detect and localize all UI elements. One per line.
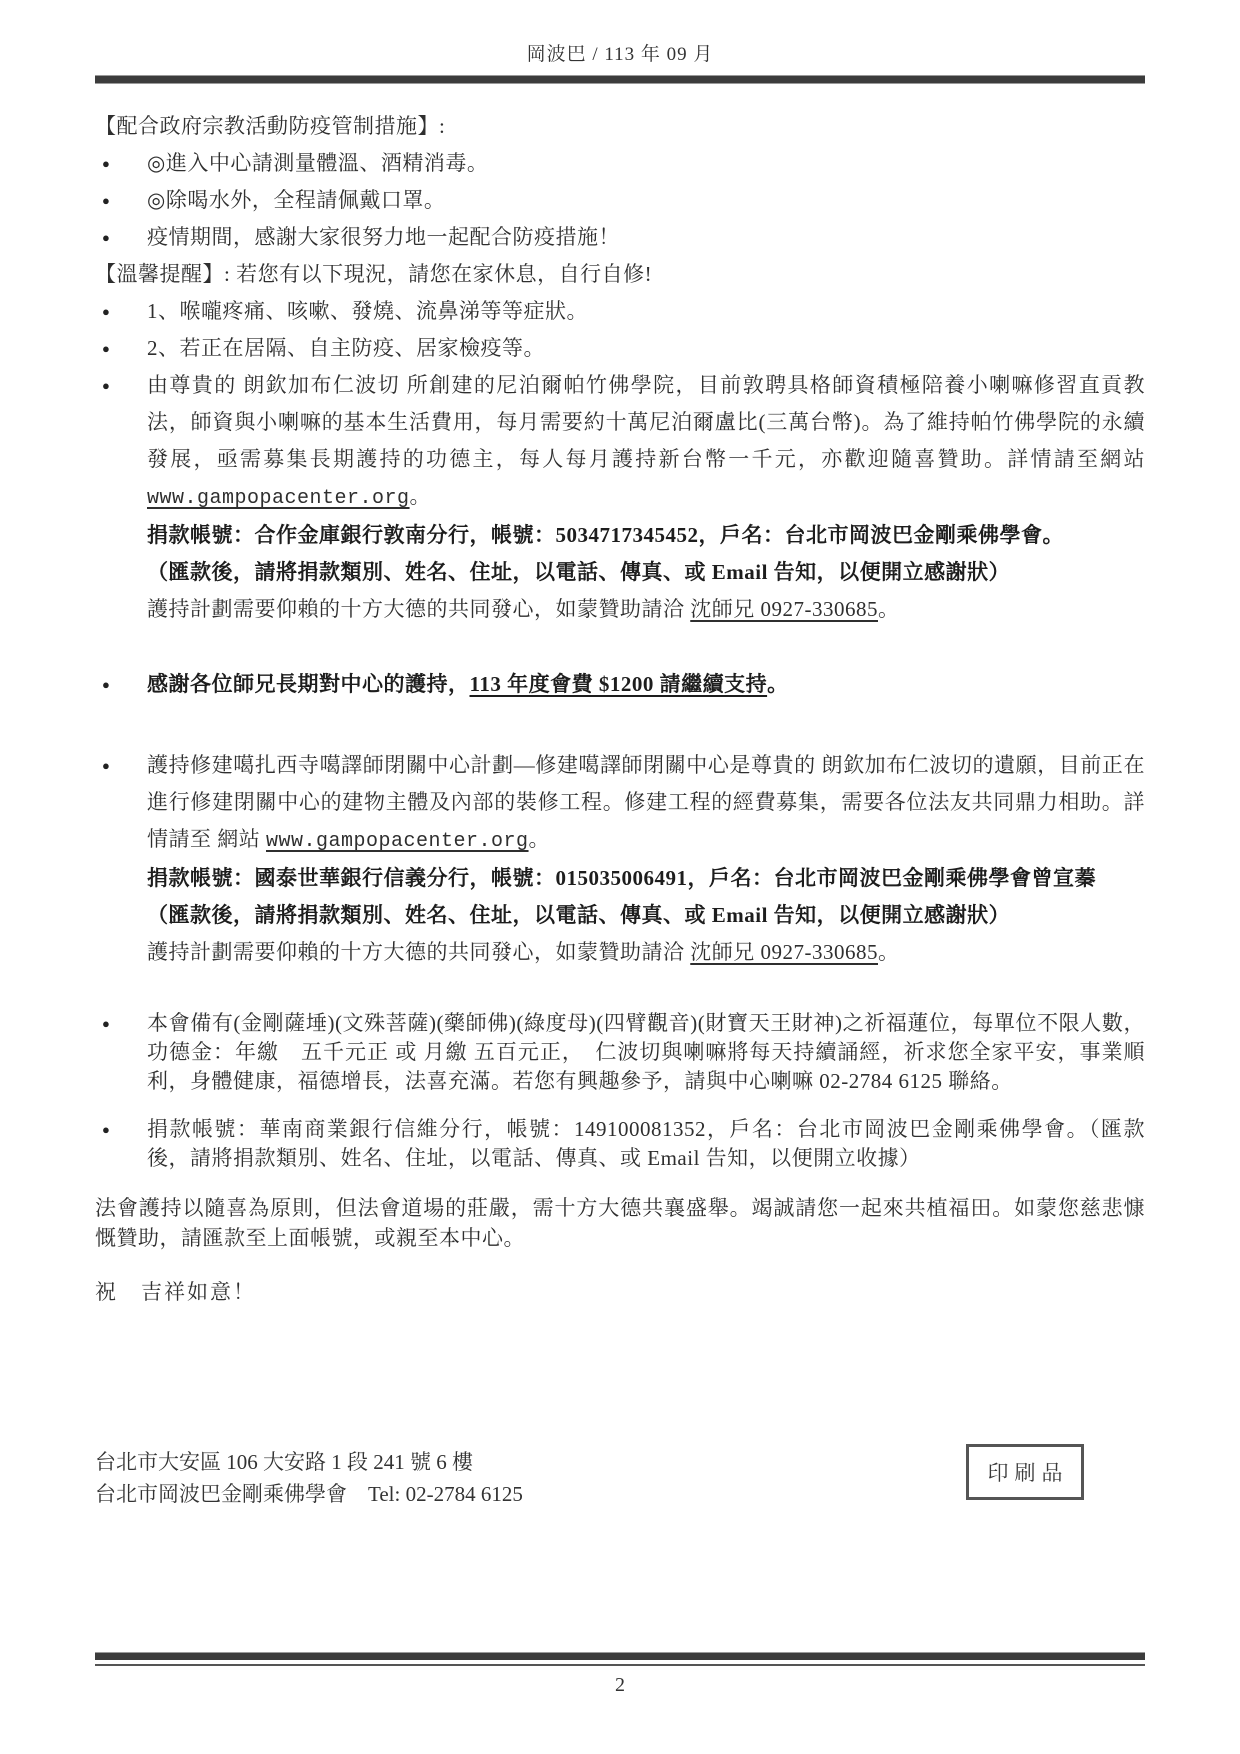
list-item-text: 2、若正在居隔、自主防疫、居家檢疫等。 <box>147 330 1145 367</box>
bullet-icon: ● <box>95 293 147 330</box>
list-item-text: ◎進入中心請測量體溫、酒精消毒。 <box>147 145 1145 182</box>
list-item: ● ◎除喝水外，全程請佩戴口罩。 <box>95 182 1145 219</box>
section-title-gentle-reminder: 【溫馨提醒】: 若您有以下現況，請您在家休息，自行自修! <box>95 256 1145 293</box>
website-link[interactable]: www.gampopacenter.org <box>147 487 410 510</box>
list-item-lotus-seats: ● 本會備有(金剛薩埵)(文殊菩薩)(藥師佛)(綠度母)(四臂觀音)(財寶天王財… <box>95 1009 1145 1096</box>
list-item-membership-fee: ● 感謝各位師兄長期對中心的護持，113 年度會費 $1200 請繼續支持。 <box>95 666 1145 703</box>
contact-phone: 沈師兄 0927-330685 <box>690 597 878 621</box>
footer-rule-thick <box>95 1652 1145 1660</box>
bullet-icon: ● <box>95 1115 147 1144</box>
paragraph-text: 。 <box>410 484 432 508</box>
closing-paragraph: 法會護持以隨喜為原則，但法會道場的莊嚴，需十方大德共襄盛舉。竭誠請您一起來共植福… <box>95 1193 1145 1253</box>
list-item-pachu-institute: ● 由尊貴的 朗欽加布仁波切 所創建的尼泊爾帕竹佛學院，目前敦聘具格師資積極陪養… <box>95 367 1145 628</box>
document-body: 【配合政府宗教活動防疫管制措施】: ● ◎進入中心請測量體溫、酒精消毒。 ● ◎… <box>95 108 1145 1307</box>
printed-matter-stamp: 印刷品 <box>966 1444 1084 1500</box>
donation-account-line: 捐款帳號：華南商業銀行信維分行，帳號：149100081352，戶名：台北市岡波… <box>147 1115 1145 1173</box>
contact-text: 護持計劃需要仰賴的十方大德的共同發心，如蒙贊助請洽 <box>147 597 690 621</box>
list-item: ● 2、若正在居隔、自主防疫、居家檢疫等。 <box>95 330 1145 367</box>
page-number: 2 <box>0 1674 1240 1697</box>
paragraph-text: 由尊貴的 朗欽加布仁波切 所創建的尼泊爾帕竹佛學院，目前敦聘具格師資積極陪養小喇… <box>147 373 1145 471</box>
donation-account-line: 捐款帳號：合作金庫銀行敦南分行，帳號：5034717345452，戶名：台北市岡… <box>147 517 1145 554</box>
list-item-retreat-center: ● 護持修建噶扎西寺噶譯師閉關中心計劃—修建噶譯師閉關中心是尊貴的 朗欽加布仁波… <box>95 747 1145 971</box>
list-item: ● 疫情期間，感謝大家很努力地一起配合防疫措施！ <box>95 219 1145 256</box>
list-item-text: 護持修建噶扎西寺噶譯師閉關中心計劃—修建噶譯師閉關中心是尊貴的 朗欽加布仁波切的… <box>147 747 1145 971</box>
section-title-epidemic-measures: 【配合政府宗教活動防疫管制措施】: <box>95 108 1145 145</box>
donation-account-line: 捐款帳號：國泰世華銀行信義分行，帳號：015035006491，戶名：台北市岡波… <box>147 860 1145 897</box>
page-header-title: 岡波巴 / 113 年 09 月 <box>0 0 1240 66</box>
header-rule <box>95 75 1145 84</box>
contact-line: 護持計劃需要仰賴的十方大德的共同發心，如蒙贊助請洽 沈師兄 0927-33068… <box>147 934 1145 971</box>
fee-amount-underlined: 113 年度會費 $1200 請繼續支持 <box>470 672 768 696</box>
contact-text: 。 <box>878 940 900 964</box>
footer-rule-thin <box>95 1664 1145 1666</box>
fee-text: 感謝各位師兄長期對中心的護持， <box>147 672 470 696</box>
contact-line: 護持計劃需要仰賴的十方大德的共同發心，如蒙贊助請洽 沈師兄 0927-33068… <box>147 591 1145 628</box>
bullet-icon: ● <box>95 145 147 182</box>
list-item-text: 由尊貴的 朗欽加布仁波切 所創建的尼泊爾帕竹佛學院，目前敦聘具格師資積極陪養小喇… <box>147 367 1145 628</box>
list-item: ● 1、喉嚨疼痛、咳嗽、發燒、流鼻涕等等症狀。 <box>95 293 1145 330</box>
bullet-icon: ● <box>95 1009 147 1038</box>
remittance-notice-line: （匯款後，請將捐款類別、姓名、住址，以電話、傳真、或 Email 告知，以便開立… <box>147 554 1145 591</box>
bullet-icon: ● <box>95 219 147 256</box>
fee-text: 。 <box>767 672 789 696</box>
list-item-text: 疫情期間，感謝大家很努力地一起配合防疫措施！ <box>147 219 1145 256</box>
address-line-2: 台北市岡波巴金剛乘佛學會 Tel: 02-2784 6125 <box>95 1478 523 1510</box>
document-page: 岡波巴 / 113 年 09 月 【配合政府宗教活動防疫管制措施】: ● ◎進入… <box>0 0 1240 1754</box>
bullet-icon: ● <box>95 182 147 219</box>
remittance-notice-line: （匯款後，請將捐款類別、姓名、住址，以電話、傳真、或 Email 告知，以便開立… <box>147 897 1145 934</box>
footer-address: 台北市大安區 106 大安路 1 段 241 號 6 樓 台北市岡波巴金剛乘佛學… <box>95 1446 523 1510</box>
contact-phone: 沈師兄 0927-330685 <box>690 940 878 964</box>
list-item-text: 1、喉嚨疼痛、咳嗽、發燒、流鼻涕等等症狀。 <box>147 293 1145 330</box>
list-item-text: 本會備有(金剛薩埵)(文殊菩薩)(藥師佛)(綠度母)(四臂觀音)(財寶天王財神)… <box>147 1009 1145 1096</box>
list-item: ● ◎進入中心請測量體溫、酒精消毒。 <box>95 145 1145 182</box>
contact-text: 。 <box>878 597 900 621</box>
bullet-icon: ● <box>95 747 147 784</box>
address-line-1: 台北市大安區 106 大安路 1 段 241 號 6 樓 <box>95 1446 523 1478</box>
bullet-icon: ● <box>95 666 147 703</box>
blessing-line: 祝 吉祥如意！ <box>95 1277 1145 1307</box>
paragraph-text: 。 <box>529 827 551 851</box>
contact-text: 護持計劃需要仰賴的十方大德的共同發心，如蒙贊助請洽 <box>147 940 690 964</box>
website-link[interactable]: www.gampopacenter.org <box>266 830 529 853</box>
list-item-text: ◎除喝水外，全程請佩戴口罩。 <box>147 182 1145 219</box>
list-item-huanan-account: ● 捐款帳號：華南商業銀行信維分行，帳號：149100081352，戶名：台北市… <box>95 1115 1145 1173</box>
bullet-icon: ● <box>95 367 147 404</box>
bullet-icon: ● <box>95 330 147 367</box>
membership-fee-notice: 感謝各位師兄長期對中心的護持，113 年度會費 $1200 請繼續支持。 <box>147 666 1145 703</box>
